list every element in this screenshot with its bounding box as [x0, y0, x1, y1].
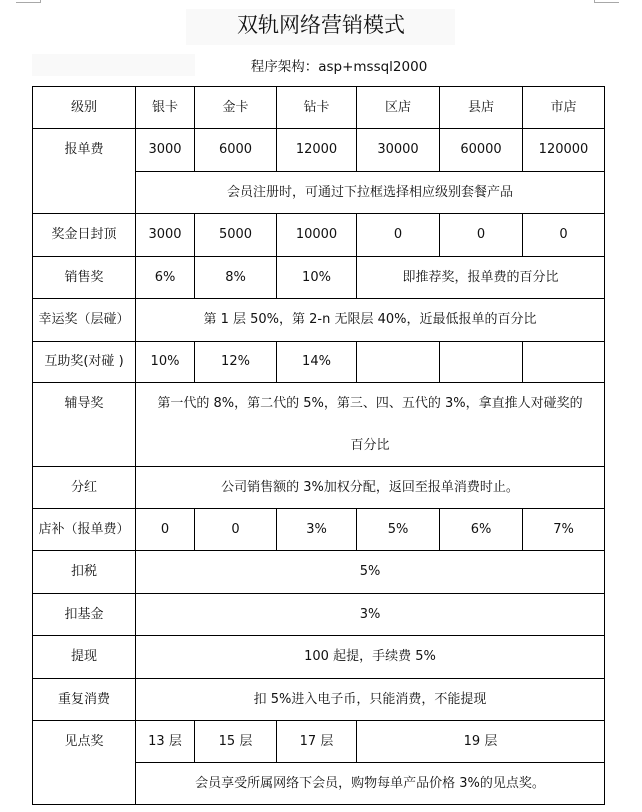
registration-fee-value: 12000	[277, 129, 357, 172]
withdrawal-label: 提现	[33, 636, 136, 679]
table-row-store-subsidy: 店补（报单费） 0 0 3% 5% 6% 7%	[33, 509, 605, 551]
mentoring-bonus-note: 第一代的 8%，第二代的 5%，第三、四、五代的 3%，拿直推人对碰奖的 百分比	[136, 383, 605, 467]
point-bonus-value: 15 层	[195, 721, 277, 763]
table-row-mentoring-bonus: 辅导奖 第一代的 8%，第二代的 5%，第三、四、五代的 3%，拿直推人对碰奖的…	[33, 383, 605, 467]
mentoring-bonus-note-line1: 第一代的 8%，第二代的 5%，第三、四、五代的 3%，拿直推人对碰奖的	[136, 395, 604, 413]
mutual-aid-bonus-value	[523, 342, 605, 383]
sales-bonus-value: 8%	[195, 257, 277, 299]
store-subsidy-value: 7%	[523, 509, 605, 551]
registration-fee-value: 6000	[195, 129, 277, 172]
page-corner-mark-left	[16, 0, 41, 3]
daily-cap-value: 5000	[195, 214, 277, 257]
table-row-lucky-bonus: 幸运奖（层碰） 第 1 层 50%，第 2-n 无限层 40%，近最低报单的百分…	[33, 299, 605, 342]
sales-bonus-label: 销售奖	[33, 257, 136, 299]
mutual-aid-bonus-value	[357, 342, 440, 383]
mentoring-bonus-note-line2: 百分比	[136, 437, 604, 455]
sales-bonus-value: 10%	[277, 257, 357, 299]
store-subsidy-value: 6%	[440, 509, 523, 551]
fund-value: 3%	[136, 594, 605, 636]
daily-cap-value: 0	[357, 214, 440, 257]
mutual-aid-bonus-value: 10%	[136, 342, 195, 383]
header-level-silver: 银卡	[136, 87, 195, 129]
daily-cap-value: 0	[523, 214, 605, 257]
marketing-model-table: 级别 银卡 金卡 钻卡 区店 县店 市店 报单费 3000 6000 12000…	[32, 86, 605, 805]
table-row-point-bonus: 见点奖 13 层 15 层 17 层 19 层	[33, 721, 605, 763]
point-bonus-label: 见点奖	[33, 721, 136, 805]
mutual-aid-bonus-label: 互助奖(对碰 )	[33, 342, 136, 383]
repeat-purchase-value: 扣 5%进入电子币，只能消费，不能提现	[136, 679, 605, 721]
registration-fee-label: 报单费	[33, 129, 136, 214]
table-row-tax: 扣税 5%	[33, 551, 605, 594]
registration-fee-value: 60000	[440, 129, 523, 172]
registration-fee-value: 3000	[136, 129, 195, 172]
withdrawal-value: 100 起提，手续费 5%	[136, 636, 605, 679]
point-bonus-value: 17 层	[277, 721, 357, 763]
lucky-bonus-note: 第 1 层 50%，第 2-n 无限层 40%，近最低报单的百分比	[136, 299, 605, 342]
lucky-bonus-label: 幸运奖（层碰）	[33, 299, 136, 342]
table-row-withdrawal: 提现 100 起提，手续费 5%	[33, 636, 605, 679]
header-level-county-store: 县店	[440, 87, 523, 129]
page-corner-mark-right	[594, 0, 619, 3]
sales-bonus-note: 即推荐奖，报单费的百分比	[357, 257, 605, 299]
sales-bonus-value: 6%	[136, 257, 195, 299]
registration-fee-value: 30000	[357, 129, 440, 172]
table-row-daily-cap: 奖金日封顶 3000 5000 10000 0 0 0	[33, 214, 605, 257]
header-level-city-store: 市店	[523, 87, 605, 129]
registration-fee-value: 120000	[523, 129, 605, 172]
mutual-aid-bonus-value: 14%	[277, 342, 357, 383]
store-subsidy-value: 0	[136, 509, 195, 551]
store-subsidy-label: 店补（报单费）	[33, 509, 136, 551]
header-level-label: 级别	[33, 87, 136, 129]
header-level-district-store: 区店	[357, 87, 440, 129]
registration-fee-note: 会员注册时，可通过下拉框选择相应级别套餐产品	[136, 172, 605, 214]
daily-cap-label: 奖金日封顶	[33, 214, 136, 257]
mutual-aid-bonus-value	[440, 342, 523, 383]
mentoring-bonus-label: 辅导奖	[33, 383, 136, 467]
table-row-sales-bonus: 销售奖 6% 8% 10% 即推荐奖，报单费的百分比	[33, 257, 605, 299]
tax-label: 扣税	[33, 551, 136, 594]
fund-label: 扣基金	[33, 594, 136, 636]
table-row-dividend: 分红 公司销售额的 3%加权分配，返回至报单消费时止。	[33, 467, 605, 509]
document-title: 双轨网络营销模式	[0, 10, 642, 40]
dividend-label: 分红	[33, 467, 136, 509]
store-subsidy-value: 3%	[277, 509, 357, 551]
table-row-registration-fee: 报单费 3000 6000 12000 30000 60000 120000	[33, 129, 605, 172]
tax-value: 5%	[136, 551, 605, 594]
header-level-diamond: 钻卡	[277, 87, 357, 129]
document-subtitle: 程序架构：asp+mssql2000	[0, 57, 642, 77]
store-subsidy-value: 0	[195, 509, 277, 551]
daily-cap-value: 3000	[136, 214, 195, 257]
point-bonus-note: 会员享受所属网络下会员，购物每单产品价格 3%的见点奖。	[136, 763, 605, 805]
dividend-note: 公司销售额的 3%加权分配，返回至报单消费时止。	[136, 467, 605, 509]
table-row-mutual-aid-bonus: 互助奖(对碰 ) 10% 12% 14%	[33, 342, 605, 383]
point-bonus-value: 13 层	[136, 721, 195, 763]
mutual-aid-bonus-value: 12%	[195, 342, 277, 383]
store-subsidy-value: 5%	[357, 509, 440, 551]
daily-cap-value: 10000	[277, 214, 357, 257]
daily-cap-value: 0	[440, 214, 523, 257]
header-level-gold: 金卡	[195, 87, 277, 129]
table-row-header: 级别 银卡 金卡 钻卡 区店 县店 市店	[33, 87, 605, 129]
table-row-repeat-purchase: 重复消费 扣 5%进入电子币，只能消费，不能提现	[33, 679, 605, 721]
repeat-purchase-label: 重复消费	[33, 679, 136, 721]
point-bonus-value: 19 层	[357, 721, 605, 763]
table-row-fund: 扣基金 3%	[33, 594, 605, 636]
